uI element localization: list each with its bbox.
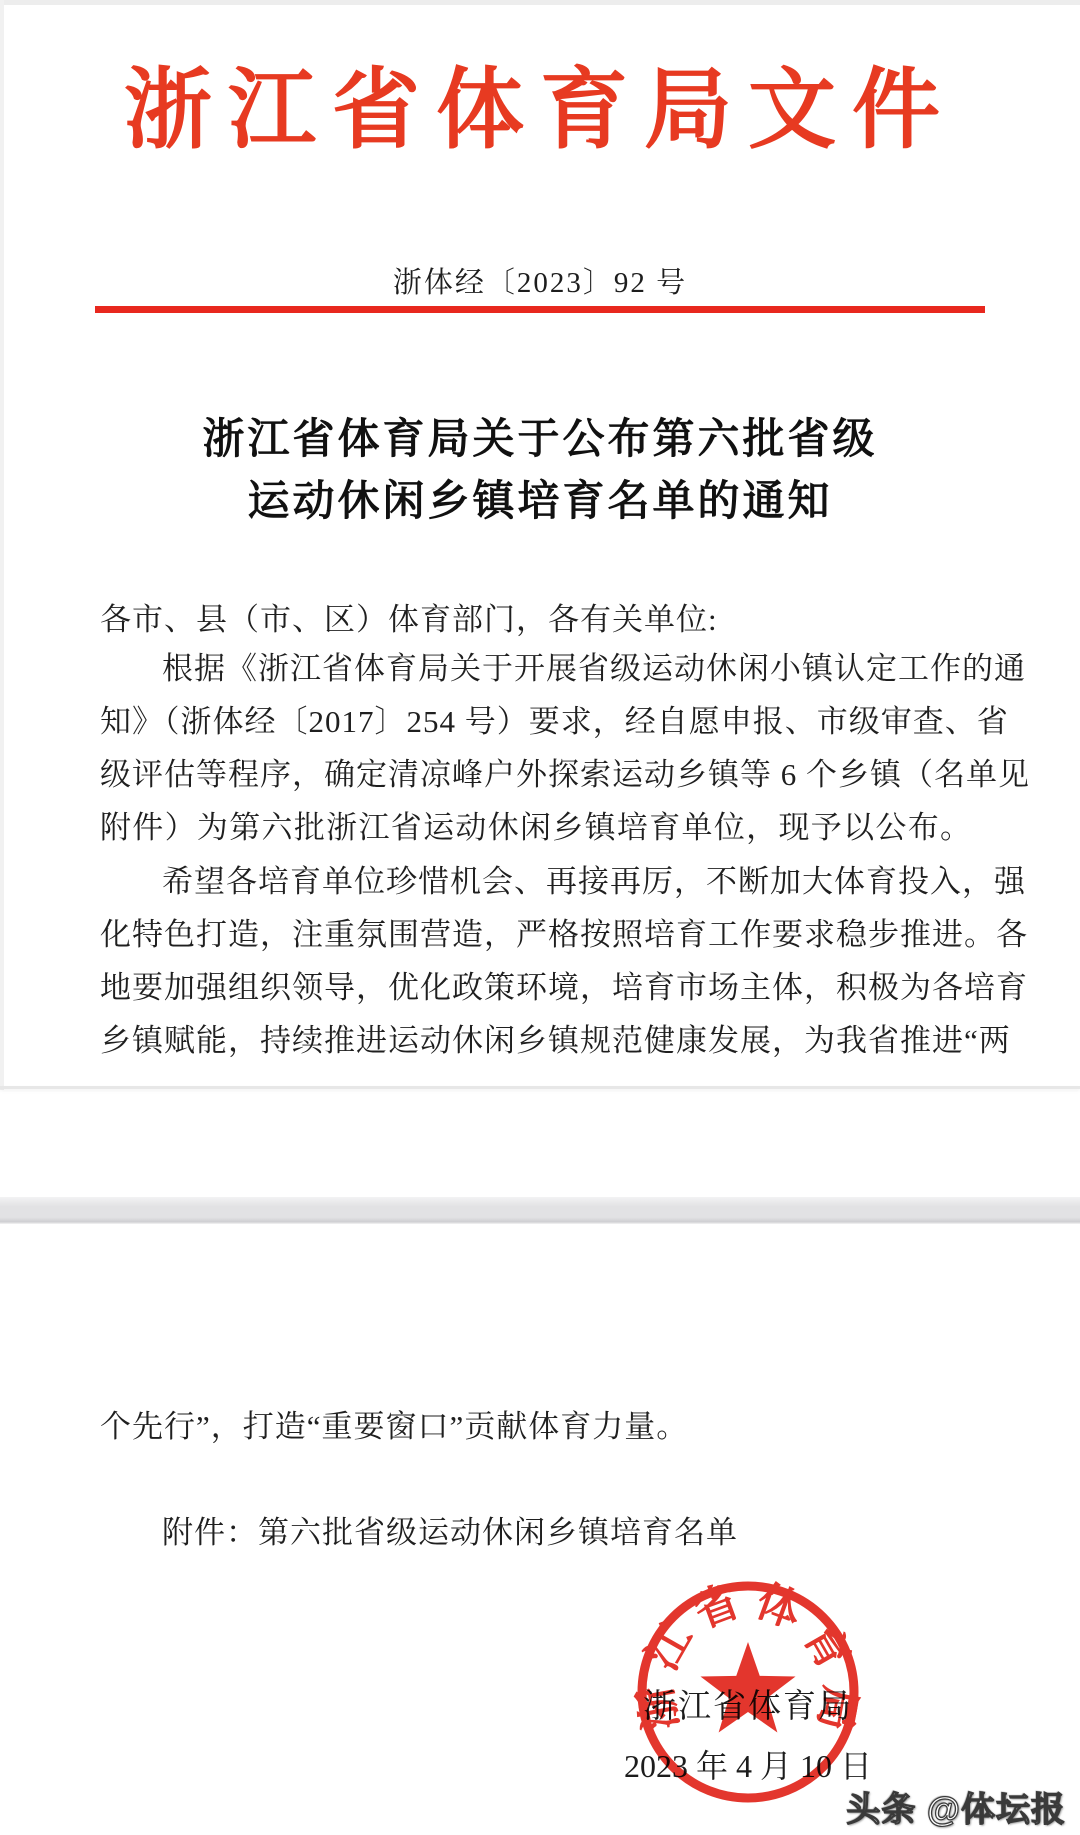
paragraph-2-line: 地要加强组织领导，优化政策环境，培育市场主体，积极为各培育 <box>100 961 972 1014</box>
org-title: 浙江省体育局文件 <box>0 40 1080 166</box>
paragraph-1-line: 根据《浙江省体育局关于开展省级运动休闲小镇认定工作的通 <box>100 642 972 695</box>
doc-number: 浙体经〔2023〕92 号 <box>0 260 1080 301</box>
document-page: 浙江省体育局文件 浙体经〔2023〕92 号 浙江省体育局关于公布第六批省级 运… <box>0 0 1080 1835</box>
paragraph-1: 根据《浙江省体育局关于开展省级运动休闲小镇认定工作的通 知》（浙体经〔2017〕… <box>100 642 972 854</box>
paragraph-2-line: 化特色打造，注重氛围营造，严格按照培育工作要求稳步推进。各 <box>100 908 972 961</box>
paragraph-1-line: 知》（浙体经〔2017〕254 号）要求，经自愿申报、市级审查、省 <box>100 695 972 748</box>
doc-title-line1: 浙江省体育局关于公布第六批省级 <box>0 406 1080 466</box>
red-divider-rule <box>95 306 985 313</box>
paragraph-2-continuation: 个先行”，打造“重要窗口”贡献体育力量。 <box>100 1400 980 1453</box>
signature-block: 浙江省体育局 2023 年 4 月 10 日 <box>598 1680 898 1787</box>
page-block-divider-thin <box>0 1086 1080 1089</box>
paragraph-1-line: 附件）为第六批浙江省运动休闲乡镇培育单位，现予以公布。 <box>100 801 972 854</box>
scan-edge-top <box>0 0 1080 5</box>
paragraph-2-line: 希望各培育单位珍惜机会、再接再厉，不断加大体育投入，强 <box>100 855 972 908</box>
signer-name: 浙江省体育局 <box>598 1680 898 1727</box>
watermark-label: 头条 @体坛报 <box>846 1782 1066 1831</box>
paragraph-1-line: 级评估等程序，确定清凉峰户外探索运动乡镇等 6 个乡镇（名单见 <box>100 748 972 801</box>
paragraph-2: 希望各培育单位珍惜机会、再接再厉，不断加大体育投入，强 化特色打造，注重氛围营造… <box>100 855 972 1067</box>
signature-date: 2023 年 4 月 10 日 <box>598 1741 898 1787</box>
attachment-line: 附件：第六批省级运动休闲乡镇培育名单 <box>162 1506 982 1559</box>
page-block-divider-band <box>0 1197 1080 1224</box>
paragraph-2-line: 乡镇赋能，持续推进运动休闲乡镇规范健康发展，为我省推进“两 <box>100 1014 972 1067</box>
doc-title-line2: 运动休闲乡镇培育名单的通知 <box>0 468 1080 528</box>
salutation: 各市、县（市、区）体育部门，各有关单位: <box>100 594 980 639</box>
